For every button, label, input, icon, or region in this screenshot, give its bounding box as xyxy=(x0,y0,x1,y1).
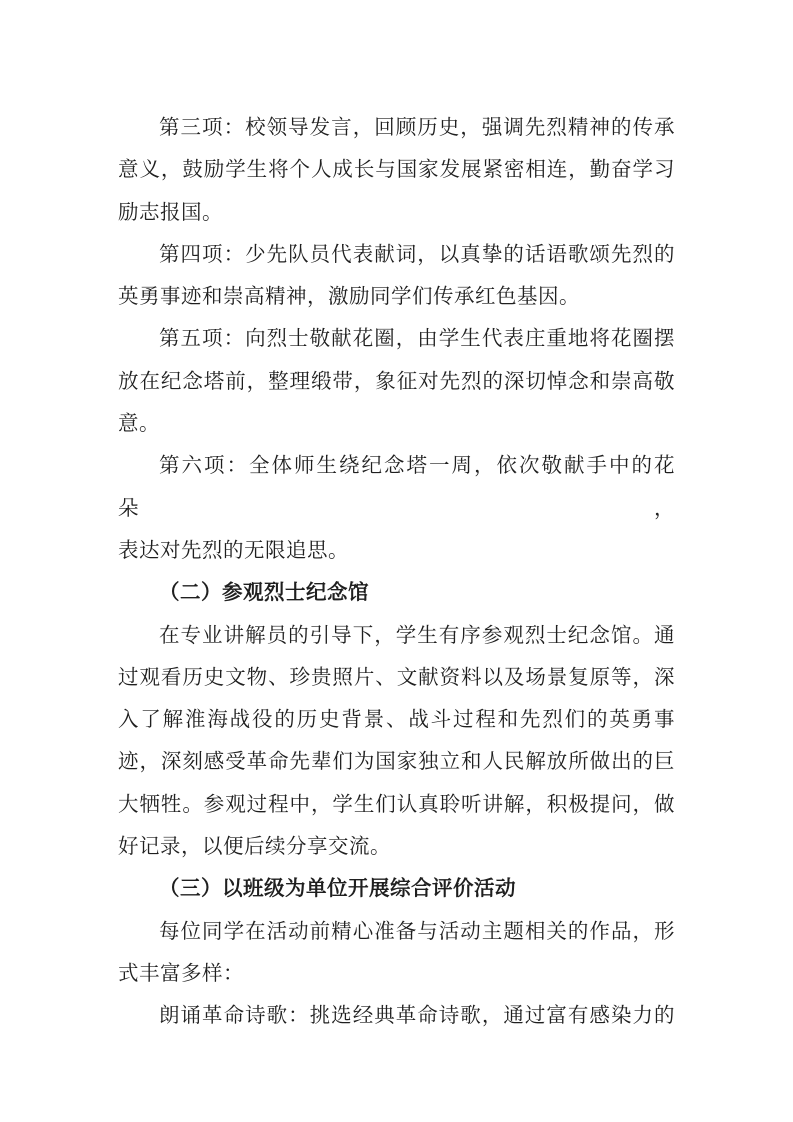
document-body: 第三项：校领导发言，回顾历史，强调先烈精神的传承意义，鼓励学生将个人成长与国家发… xyxy=(118,107,675,1038)
text-line: 过观看历史文物、珍贵照片、文献资料以及场景复原等，深 xyxy=(118,657,675,699)
text-line: （三）以班级为单位开展综合评价活动 xyxy=(118,868,675,910)
text-line: 式丰富多样： xyxy=(118,953,675,995)
para-poetry-recital: 朗诵革命诗歌：挑选经典革命诗歌，通过富有感染力的 xyxy=(118,995,675,1037)
para-item-3: 第三项：校领导发言，回顾历史，强调先烈精神的传承意义，鼓励学生将个人成长与国家发… xyxy=(118,107,675,234)
para-item-4: 第四项：少先队员代表献词，以真挚的话语歌颂先烈的英勇事迹和崇高精神，激励同学们传… xyxy=(118,234,675,319)
document-page: 第三项：校领导发言，回顾历史，强调先烈精神的传承意义，鼓励学生将个人成长与国家发… xyxy=(0,0,793,1122)
text-line: 大牺牲。参观过程中，学生们认真聆听讲解，积极提问，做 xyxy=(118,784,675,826)
text-line: 第四项：少先队员代表献词，以真挚的话语歌颂先烈的 xyxy=(118,234,675,276)
text-line: 第五项：向烈士敬献花圈，由学生代表庄重地将花圈摆 xyxy=(118,318,675,360)
text-line: 迹，深刻感受革命先辈们为国家独立和人民解放所做出的巨 xyxy=(118,741,675,783)
text-line: 每位同学在活动前精心准备与活动主题相关的作品，形 xyxy=(118,911,675,953)
text-line: 第三项：校领导发言，回顾历史，强调先烈精神的传承 xyxy=(118,107,675,149)
text-line: 表达对先烈的无限追思。 xyxy=(118,530,675,572)
text-line: （二）参观烈士纪念馆 xyxy=(118,572,675,614)
heading-section-3-class-evaluation: （三）以班级为单位开展综合评价活动 xyxy=(118,868,675,910)
para-visit-memorial-hall: 在专业讲解员的引导下，学生有序参观烈士纪念馆。通过观看历史文物、珍贵照片、文献资… xyxy=(118,615,675,869)
text-line: 好记录，以便后续分享交流。 xyxy=(118,826,675,868)
text-line: 意。 xyxy=(118,403,675,445)
text-line: 放在纪念塔前，整理缎带，象征对先烈的深切悼念和崇高敬 xyxy=(118,361,675,403)
para-item-5: 第五项：向烈士敬献花圈，由学生代表庄重地将花圈摆放在纪念塔前，整理缎带，象征对先… xyxy=(118,318,675,445)
text-line: 意义，鼓励学生将个人成长与国家发展紧密相连，勤奋学习 xyxy=(118,149,675,191)
text-line: 励志报国。 xyxy=(118,192,675,234)
heading-section-2-visit-memorial-hall: （二）参观烈士纪念馆 xyxy=(118,572,675,614)
text-line: 入了解淮海战役的历史背景、战斗过程和先烈们的英勇事 xyxy=(118,699,675,741)
para-item-6: 第六项：全体师生绕纪念塔一周，依次敬献手中的花朵，表达对先烈的无限追思。 xyxy=(118,445,675,572)
text-line: 英勇事迹和崇高精神，激励同学们传承红色基因。 xyxy=(118,276,675,318)
text-line: 朗诵革命诗歌：挑选经典革命诗歌，通过富有感染力的 xyxy=(118,995,675,1037)
text-line: 第六项：全体师生绕纪念塔一周，依次敬献手中的花朵， xyxy=(118,445,675,530)
para-class-evaluation-intro: 每位同学在活动前精心准备与活动主题相关的作品，形式丰富多样： xyxy=(118,911,675,996)
text-line: 在专业讲解员的引导下，学生有序参观烈士纪念馆。通 xyxy=(118,615,675,657)
